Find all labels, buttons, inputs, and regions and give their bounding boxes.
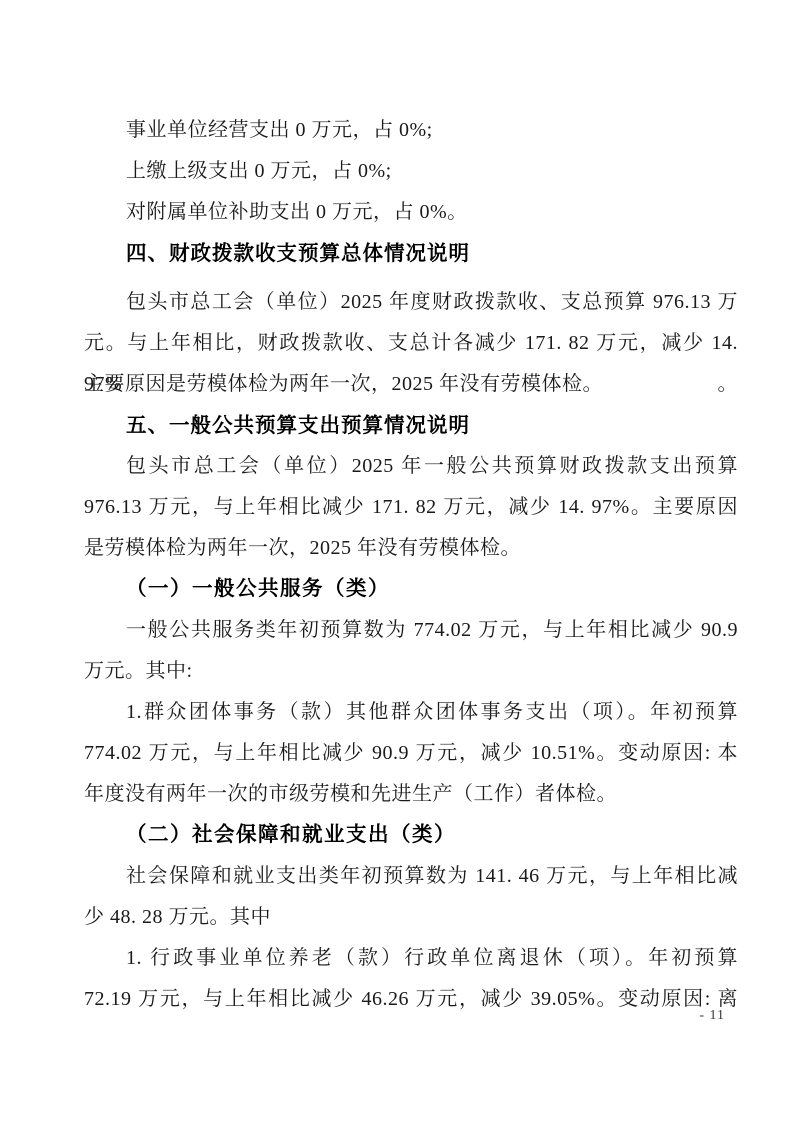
document-page: 事业单位经营支出 0 万元，占 0%;上缴上级支出 0 万元，占 0%;对附属单… <box>0 0 795 1123</box>
page-number: - 11 <box>699 1008 725 1024</box>
text-line: 包头市总工会（单位）2025 年度财政拨款收、支总预算 976.13 万 <box>84 282 738 323</box>
text-line: 1.群众团体事务（款）其他群众团体事务支出（项）。年初预算 <box>84 692 738 733</box>
text-line: 72.19 万元，与上年相比减少 46.26 万元，减少 39.05%。变动原因… <box>84 979 738 1020</box>
text-line: 是劳模体检为两年一次，2025 年没有劳模体检。 <box>84 528 738 569</box>
text-line: 774.02 万元，与上年相比减少 90.9 万元，减少 10.51%。变动原因… <box>84 733 738 774</box>
section-heading: 四、财政拨款收支预算总体情况说明 <box>84 233 738 274</box>
text-line: 少 48. 28 万元。其中 <box>84 897 738 938</box>
text-line: 对附属单位补助支出 0 万元，占 0%。 <box>84 192 738 233</box>
text-line: 976.13 万元，与上年相比减少 171. 82 万元，减少 14. 97%。… <box>84 487 738 528</box>
text-line: 包头市总工会（单位）2025 年一般公共预算财政拨款支出预算 <box>84 446 738 487</box>
section-heading: 五、一般公共预算支出预算情况说明 <box>84 405 738 446</box>
text-line: 事业单位经营支出 0 万元，占 0%; <box>84 110 738 151</box>
section-heading: （一）一般公共服务（类） <box>84 569 738 610</box>
text-line: 上缴上级支出 0 万元，占 0%; <box>84 151 738 192</box>
text-line: 一般公共服务类年初预算数为 774.02 万元，与上年相比减少 90.9 <box>84 610 738 651</box>
text-line: 1. 行政事业单位养老（款）行政单位离退休（项）。年初预算 <box>84 938 738 979</box>
section-heading: （二）社会保障和就业支出（类） <box>84 815 738 856</box>
text-line: 万元。其中: <box>84 651 738 692</box>
text-line: 社会保障和就业支出类年初预算数为 141. 46 万元，与上年相比减 <box>84 856 738 897</box>
document-body: 事业单位经营支出 0 万元，占 0%;上缴上级支出 0 万元，占 0%;对附属单… <box>84 110 738 1020</box>
text-line: 元。与上年相比，财政拨款收、支总计各减少 171. 82 万元，减少 14. 9… <box>84 323 738 364</box>
text-line: 年度没有两年一次的市级劳模和先进生产（工作）者体检。 <box>84 774 738 815</box>
